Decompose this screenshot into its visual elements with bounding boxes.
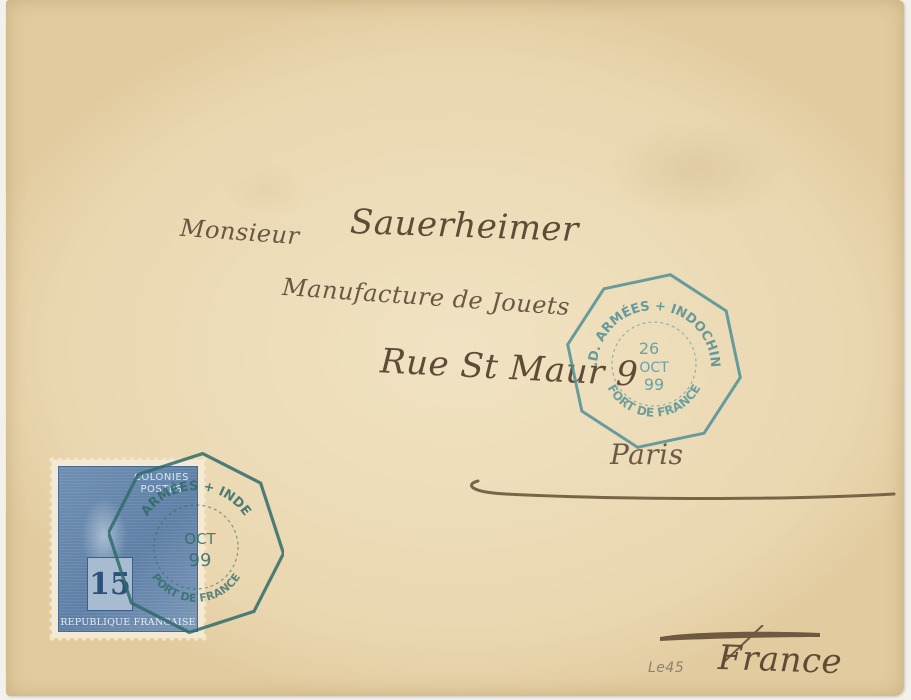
address-name: Sauerheimer <box>349 202 579 250</box>
stamp-postmark-month: OCT <box>184 530 216 548</box>
stamp-postmark-year: 99 <box>189 550 212 571</box>
postmark-month: OCT <box>639 360 669 376</box>
address-country: France <box>717 638 843 682</box>
svg-text:PORT DE FRANCE: PORT DE FRANCE <box>149 571 243 605</box>
postmark-octagon-stamp: ARMÉES + INDE PORT DE FRANCE OCT 99 <box>108 452 284 634</box>
svg-text:ARMÉES + INDE: ARMÉES + INDE <box>138 479 253 519</box>
address-underline-flourish <box>466 478 896 502</box>
pencil-note: Le45 <box>648 660 684 676</box>
stamp-postmark-top-text: ARMÉES + INDE <box>138 479 253 519</box>
postmark-day: 26 <box>639 339 659 358</box>
postmark-octagon-address: C.D. ARMÉES + INDOCHINE FORT DE FRANCE 2… <box>565 272 743 450</box>
stamp-postmark-bottom-text: PORT DE FRANCE <box>149 571 243 605</box>
postmark-year: 99 <box>644 375 664 394</box>
